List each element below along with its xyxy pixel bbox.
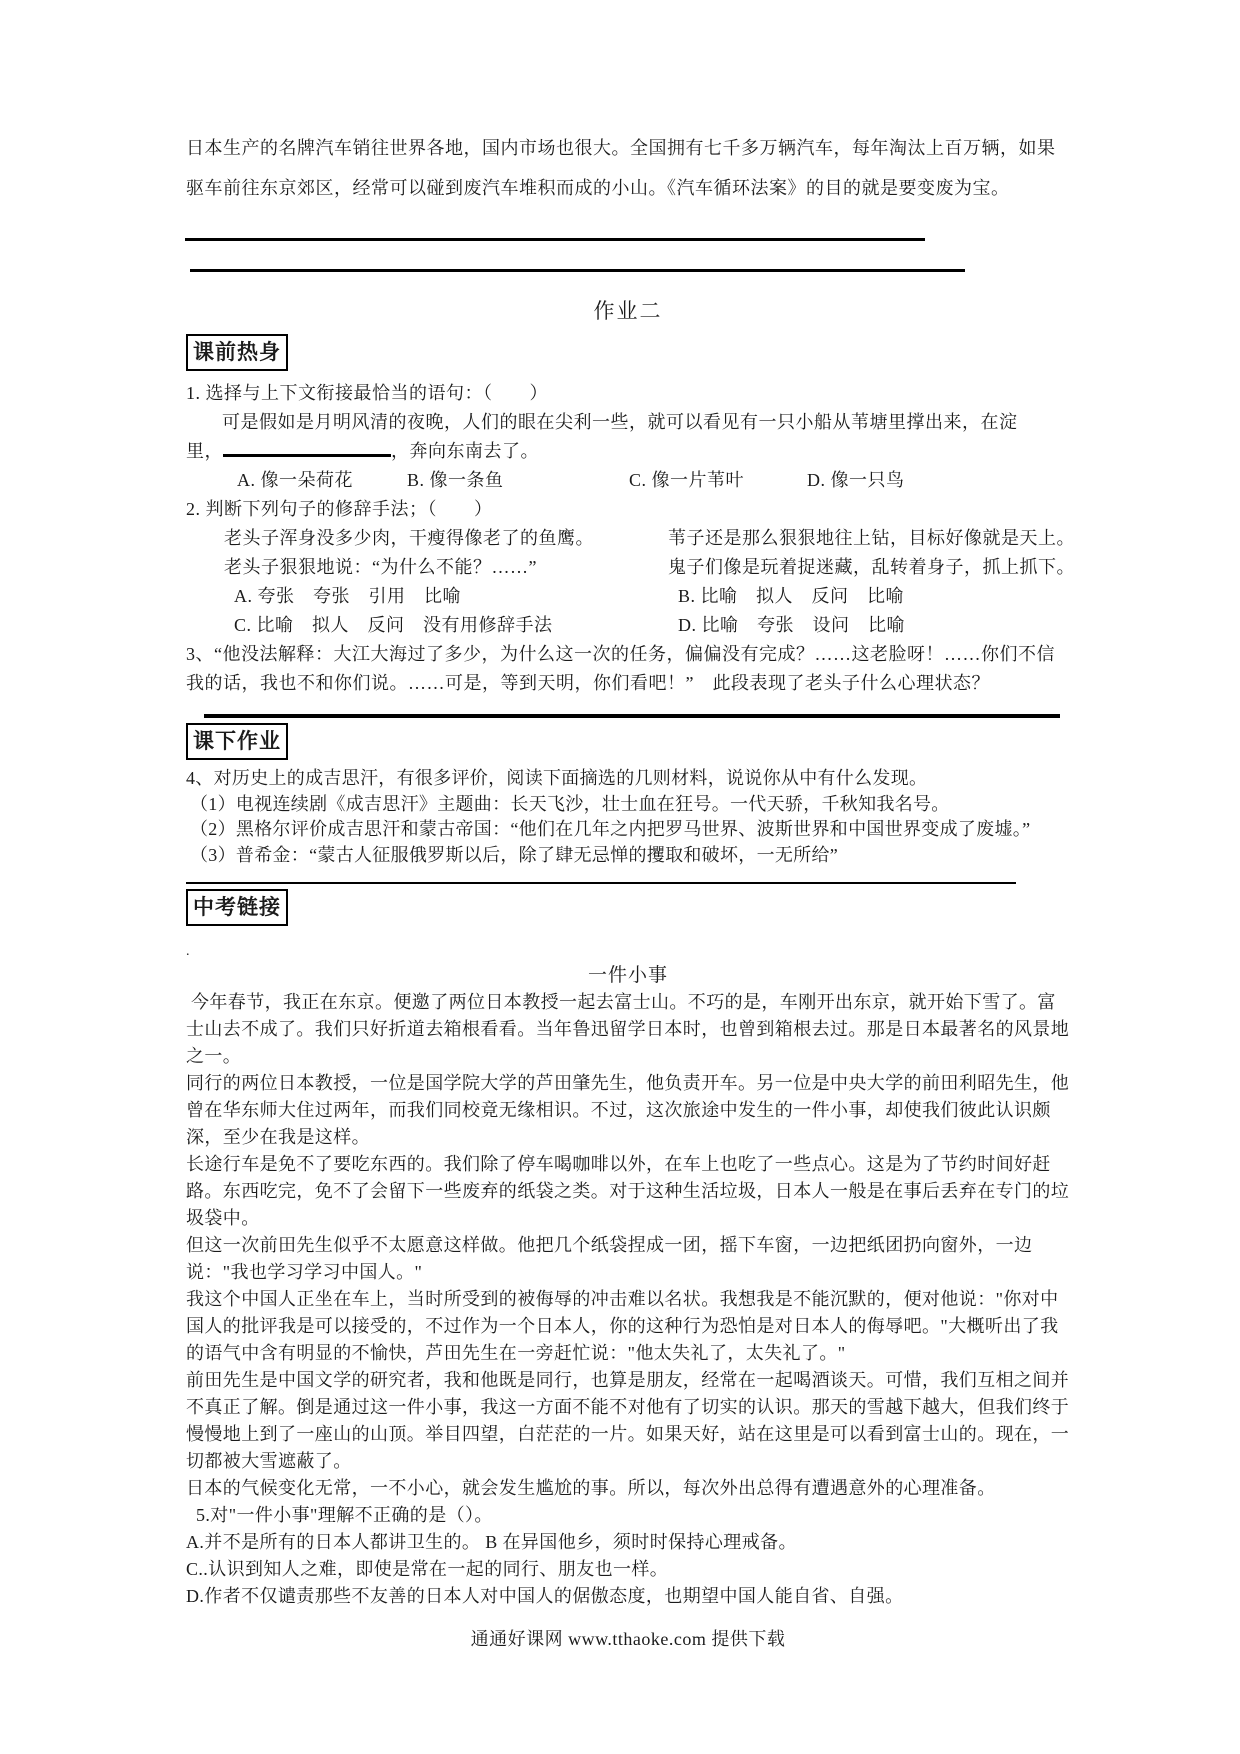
exam-link-heading-box: 中考链接 [186,889,288,926]
essay-paragraph-3: 长途行车是免不了要吃东西的。我们除了停车喝咖啡以外，在车上也吃了一些点心。这是为… [186,1151,1070,1232]
exam-link-essay: . 一件小事 今年春节，我正在东京。便邀了两位日本教授一起去富士山。不巧的是，车… [186,942,1070,1610]
essay-title: 一件小事 [186,962,1070,989]
warmup-heading-box: 课前热身 [186,334,288,371]
answer-line-2 [190,269,965,272]
q4-item-1: （1）电视连续剧《成吉思汗》主题曲：长天飞沙，壮士血在狂号。一代天骄，千秋知我名… [186,792,1070,818]
q4-item-2: （2）黑格尔评价成吉思汗和蒙古帝国：“他们在几年之内把罗马世界、波斯世界和中国世… [186,817,1070,843]
warmup-questions: 1. 选择与上下文衔接最恰当的语句：（ ） 可是假如是月明风清的夜晚，人们的眼在… [186,379,1070,698]
q5-option-line-d: D.作者不仅谴责那些不友善的日本人对中国人的倨傲态度，也期望中国人能自省、自强。 [186,1583,1070,1610]
homework-questions: 4、对历史上的成吉思汗，有很多评价，阅读下面摘选的几则材料，说说你从中有什么发现… [186,766,1070,868]
q4-stem: 4、对历史上的成吉思汗，有很多评价，阅读下面摘选的几则材料，说说你从中有什么发现… [186,766,1070,792]
q1-option-b: B. 像一条鱼 [407,466,504,495]
q2-options-row-ab: A. 夸张 夸张 引用 比喻 B. 比喻 拟人 反问 比喻 [186,582,1070,611]
q5-stem: 5.对"一件小事"理解不正确的是（）。 [186,1502,1070,1529]
q2-option-d: D. 比喻 夸张 设问 比喻 [678,611,1070,640]
q4-item-3: （3）普希金：“蒙古人征服俄罗斯以后，除了肆无忌惮的攫取和破坏，一无所给” [186,843,1070,869]
q1-passage-line1: 可是假如是月明风清的夜晚，人们的眼在尖利一些，就可以看见有一只小船从苇塘里撑出来… [186,408,1070,437]
document-content: 日本生产的名牌汽车销往世界各地，国内市场也很大。全国拥有七千多万辆汽车，每年淘汰… [186,0,1070,1653]
q2-options-row-cd: C. 比喻 拟人 反问 没有用修辞手法 D. 比喻 夸张 设问 比喻 [186,611,1070,640]
q2-option-c: C. 比喻 拟人 反问 没有用修辞手法 [186,611,678,640]
q2-option-b: B. 比喻 拟人 反问 比喻 [678,582,1070,611]
q2-example-right-2: 鬼子们像是玩着捉迷藏，乱转着身子，抓上抓下。 [668,553,1075,582]
q2-example-row-2: 老头子狠狠地说：“为什么不能？……” 鬼子们像是玩着捉迷藏，乱转着身子，抓上抓下… [186,553,1070,582]
q1-option-c: C. 像一片苇叶 [629,466,744,495]
warmup-heading-wrap: 课前热身 [186,334,1070,371]
q1-stem: 1. 选择与上下文衔接最恰当的语句：（ ） [186,379,1070,408]
homework-heading-box: 课下作业 [186,723,288,760]
q1-option-d: D. 像一只鸟 [807,466,905,495]
essay-paragraph-5: 我这个中国人正坐在车上，当时所受到的被侮辱的冲击难以名状。我想我是不能沉默的，便… [186,1286,1070,1367]
q2-example-left-2: 老头子狠狠地说：“为什么不能？……” [186,553,668,582]
q5-option-line-a: A.并不是所有的日本人都讲卫生的。 B 在异国他乡，须时时保持心理戒备。 [186,1529,1070,1556]
q2-example-right-1: 苇子还是那么狠狠地往上钻，目标好像就是天上。 [668,524,1075,553]
homework-heading-wrap: 课下作业 [186,723,1070,760]
q5-option-line-c: C..认识到知人之难，即使是常在一起的同行、朋友也一样。 [186,1556,1070,1583]
essay-paragraph-7: 日本的气候变化无常，一不小心，就会发生尴尬的事。所以，每次外出总得有遭遇意外的心… [186,1475,1070,1502]
q1-option-a: A. 像一朵荷花 [237,466,353,495]
homework-title: 作业二 [186,296,1070,326]
section-divider-thin [186,882,1016,884]
answer-blank [223,438,391,457]
q2-example-left-1: 老头子浑身没多少肉，干瘦得像老了的鱼鹰。 [186,524,668,553]
q2-option-a: A. 夸张 夸张 引用 比喻 [186,582,678,611]
essay-paragraph-6: 前田先生是中国文学的研究者，我和他既是同行，也算是朋友，经常在一起喝酒谈天。可惜… [186,1367,1070,1475]
q1-options-row: A. 像一朵荷花 B. 像一条鱼 C. 像一片苇叶 D. 像一只鸟 [186,466,1070,495]
footer-credit: 通通好课网 www.tthaoke.com 提供下载 [186,1626,1070,1653]
section-divider-thick [204,714,1060,718]
q1-passage-line2-suffix: ，奔向东南去了。 [391,441,539,461]
exam-link-heading-wrap: 中考链接 [186,889,1070,926]
q2-example-row-1: 老头子浑身没多少肉，干瘦得像老了的鱼鹰。 苇子还是那么狠狠地往上钻，目标好像就是… [186,524,1070,553]
worksheet-page: { "page": { "intro": "日本生产的名牌汽车销往世界各地，国内… [0,0,1240,1754]
q1-passage-line2: 里，，奔向东南去了。 [186,437,1070,466]
essay-paragraph-1: 今年春节，我正在东京。便邀了两位日本教授一起去富士山。不巧的是，车刚开出东京，就… [186,989,1070,1070]
essay-paragraph-4: 但这一次前田先生似乎不太愿意这样做。他把几个纸袋捏成一团，摇下车窗，一边把纸团扔… [186,1232,1070,1286]
stray-dot: . [186,942,1070,962]
essay-paragraph-2: 同行的两位日本教授，一位是国学院大学的芦田肇先生，他负责开车。另一位是中央大学的… [186,1070,1070,1151]
q1-passage-line2-prefix: 里， [186,441,223,461]
q2-stem: 2. 判断下列句子的修辞手法；（ ） [186,495,1070,524]
intro-paragraph: 日本生产的名牌汽车销往世界各地，国内市场也很大。全国拥有七千多万辆汽车，每年淘汰… [186,128,1070,208]
q3-text: 3、“他没法解释：大江大海过了多少，为什么这一次的任务，偏偏没有完成？……这老脸… [186,640,1070,698]
answer-line-1 [185,238,925,241]
